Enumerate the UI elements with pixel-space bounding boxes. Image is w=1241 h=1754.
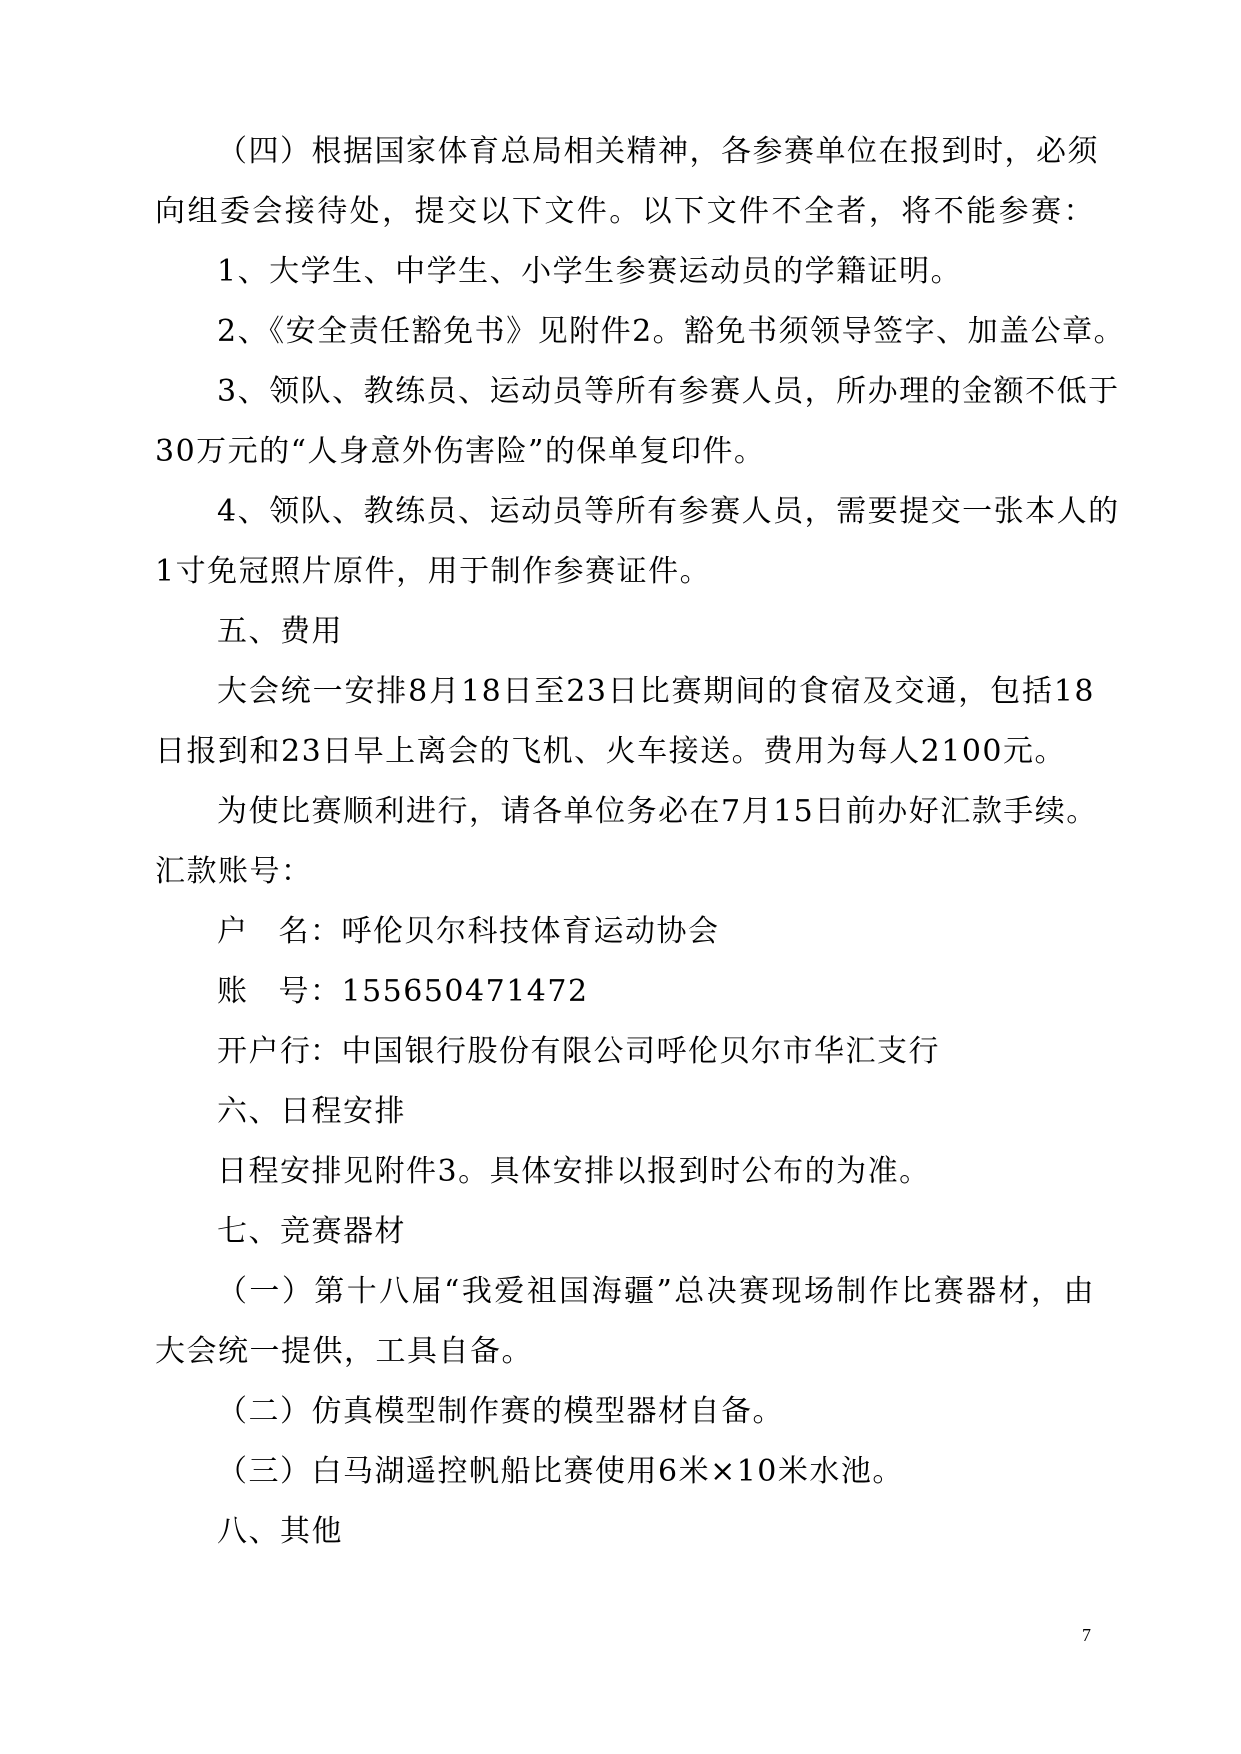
equipment-item-1-continued: 大会统一提供，工具自备。 [155,1322,1095,1382]
paragraph-line: （四）根据国家体育总局相关精神，各参赛单位在报到时，必须 [155,122,1095,182]
account-number-label: 账号 [217,962,310,1022]
list-item-4-continued: 1寸免冠照片原件，用于制作参赛证件。 [155,542,1095,602]
bank-label: 开户行 [217,1022,310,1082]
account-name-value: ：呼伦贝尔科技体育运动协会 [310,914,720,949]
section-heading-fees: 五、费用 [155,602,1095,662]
list-item-4: 4、领队、教练员、运动员等所有参赛人员，需要提交一张本人的 [155,482,1095,542]
account-number-row: 账号：155650471472 [155,962,1095,1022]
section-heading-other: 八、其他 [155,1502,1095,1562]
section-heading-equipment: 七、竞赛器材 [155,1202,1095,1262]
list-item-1: 1、大学生、中学生、小学生参赛运动员的学籍证明。 [155,242,1095,302]
paragraph-line: 大会统一安排8月18日至23日比赛期间的食宿及交通，包括18 [155,662,1095,722]
account-name-label: 户名 [217,902,310,962]
account-name-row: 户名：呼伦贝尔科技体育运动协会 [155,902,1095,962]
bank-value: ：中国银行股份有限公司呼伦贝尔市华汇支行 [310,1034,940,1069]
paragraph-line: 日程安排见附件3。具体安排以报到时公布的为准。 [155,1142,1095,1202]
paragraph-line: 向组委会接待处，提交以下文件。以下文件不全者，将不能参赛： [155,182,1095,242]
list-item-2: 2、《安全责任豁免书》见附件2。豁免书须领导签字、加盖公章。 [155,302,1095,362]
document-body: （四）根据国家体育总局相关精神，各参赛单位在报到时，必须 向组委会接待处，提交以… [155,122,1095,1562]
equipment-item-2: （二）仿真模型制作赛的模型器材自备。 [155,1382,1095,1442]
section-heading-schedule: 六、日程安排 [155,1082,1095,1142]
bank-row: 开户行：中国银行股份有限公司呼伦贝尔市华汇支行 [155,1022,1095,1082]
equipment-item-3: （三）白马湖遥控帆船比赛使用6米×10米水池。 [155,1442,1095,1502]
list-item-3-continued: 30万元的“人身意外伤害险”的保单复印件。 [155,422,1095,482]
paragraph-line: 日报到和23日早上离会的飞机、火车接送。费用为每人2100元。 [155,722,1095,782]
page-number: 7 [1082,1620,1091,1650]
account-number-value: ：155650471472 [310,974,589,1009]
equipment-item-1: （一）第十八届“我爱祖国海疆”总决赛现场制作比赛器材，由 [155,1262,1095,1322]
list-item-3: 3、领队、教练员、运动员等所有参赛人员，所办理的金额不低于 [155,362,1095,422]
remittance-label: 汇款账号： [155,842,1095,902]
document-page: （四）根据国家体育总局相关精神，各参赛单位在报到时，必须 向组委会接待处，提交以… [0,0,1241,1754]
paragraph-line: 为使比赛顺利进行，请各单位务必在7月15日前办好汇款手续。 [155,782,1095,842]
